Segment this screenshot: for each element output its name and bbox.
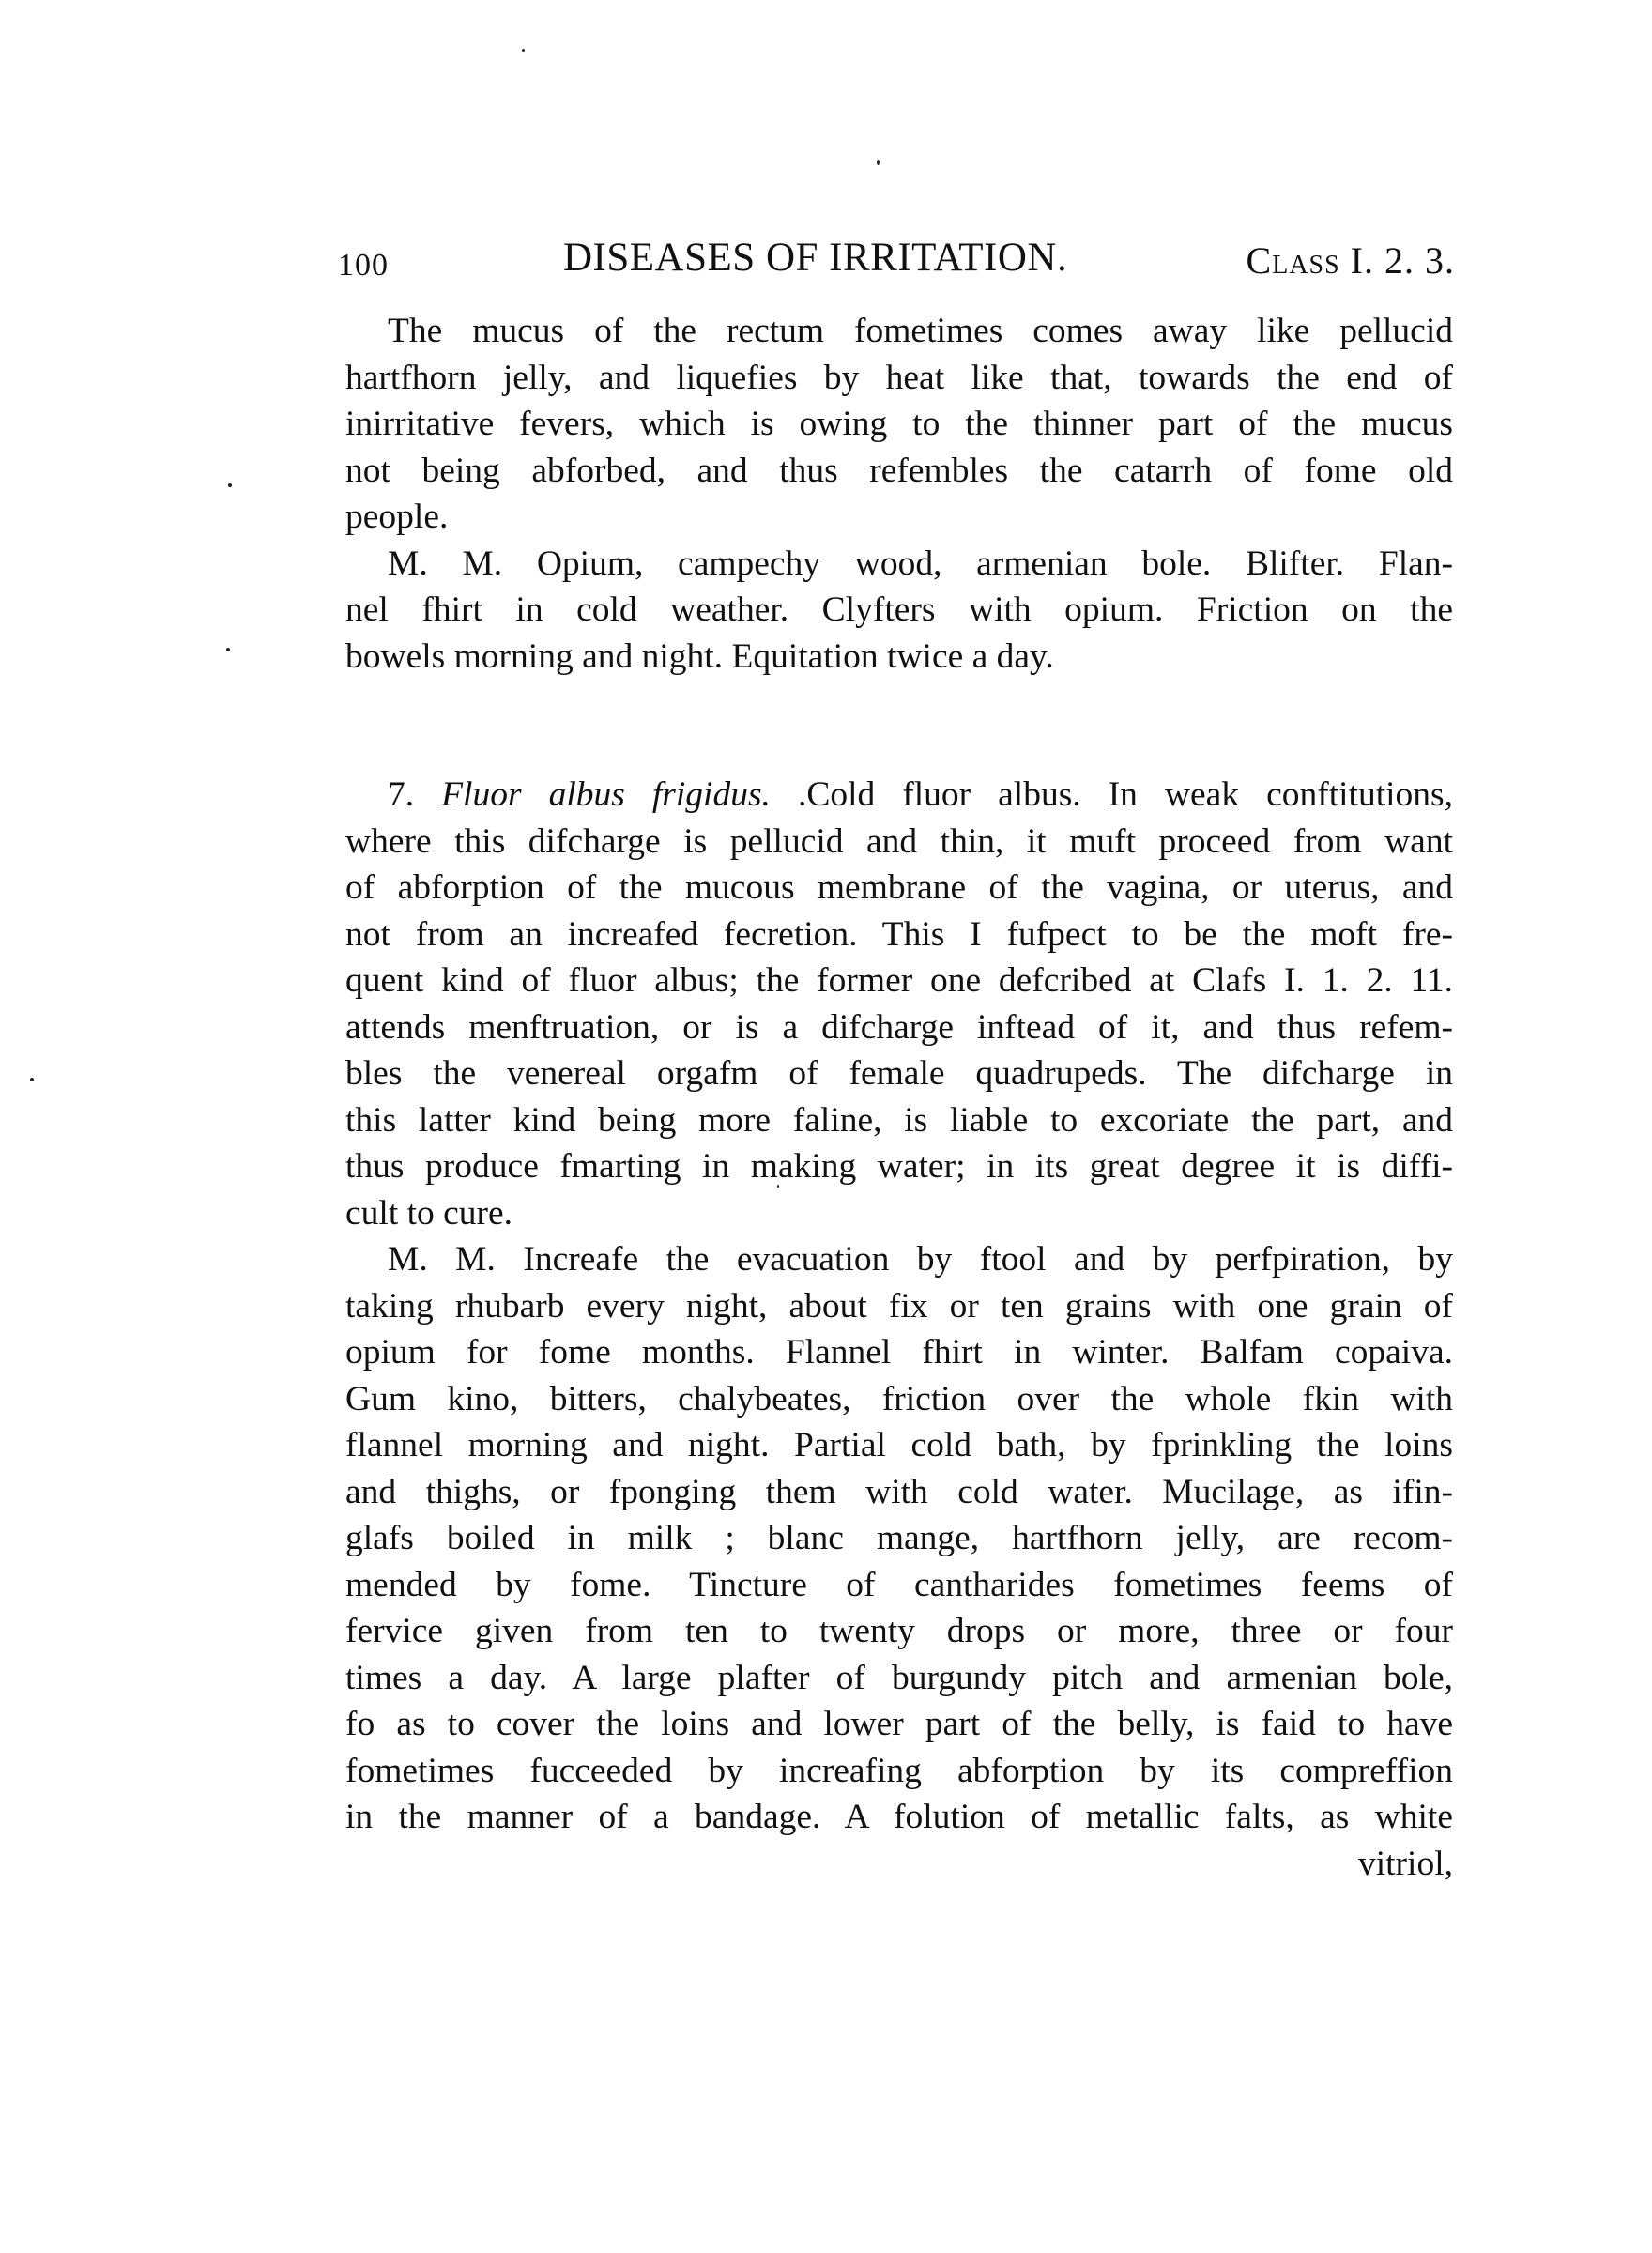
scan-speck <box>30 1078 34 1081</box>
text-line: quent kind of fluor albus; the former on… <box>345 958 1453 1004</box>
text-line: taking rhubarb every night, about fix or… <box>345 1283 1453 1330</box>
text-line: fometimes fucceeded by increafing abforp… <box>345 1748 1453 1795</box>
text-line: Gum kino, bitters, chalybeates, friction… <box>345 1376 1453 1423</box>
text-line: hartfhorn jelly, and liquefies by heat l… <box>345 355 1453 402</box>
catchword: vitriol, <box>345 1841 1453 1888</box>
text-line: thus produce fmarting in making water; i… <box>345 1143 1453 1190</box>
scan-speck <box>228 483 232 487</box>
text-line: 7. Fluor albus frigidus. .Cold fluor alb… <box>345 772 1453 819</box>
text-line: opium for fome months. Flannel fhirt in … <box>345 1329 1453 1376</box>
text-line: cult to cure. <box>345 1190 1453 1237</box>
scan-speck <box>226 648 230 651</box>
text-line: people. <box>345 494 1453 541</box>
text-line: bowels morning and night. Equitation twi… <box>345 634 1453 681</box>
text-line: mended by fome. Tincture of cantharides … <box>345 1562 1453 1609</box>
text-line: where this difcharge is pellucid and thi… <box>345 819 1453 866</box>
paragraph: 7. Fluor albus frigidus. .Cold fluor alb… <box>345 772 1453 1236</box>
text-line: flannel morning and night. Partial cold … <box>345 1422 1453 1469</box>
text-line: attends menftruation, or is a difcharge … <box>345 1004 1453 1051</box>
text-line: not being abforbed, and thus refembles t… <box>345 448 1453 495</box>
page-number: 100 <box>338 248 389 284</box>
text-line: times a day. A large plafter of burgundy… <box>345 1655 1453 1702</box>
running-header: 100 DISEASES OF IRRITATION. Class I. 2. … <box>338 235 1455 291</box>
text-line: glafs boiled in milk ; blanc mange, hart… <box>345 1515 1453 1562</box>
paragraph: The mucus of the rectum fometimes comes … <box>345 308 1453 541</box>
text-line: not from an increafed fecretion. This I … <box>345 912 1453 958</box>
text-line: bles the venereal orgafm of female quadr… <box>345 1050 1453 1097</box>
text-line: nel fhirt in cold weather. Clyfters with… <box>345 587 1453 634</box>
section-latin-title: Fluor albus frigidus. <box>441 775 771 814</box>
materia-medica-paragraph: M. M. Increafe the evacuation by ftool a… <box>345 1236 1453 1841</box>
text-fragment: .Cold fluor albus. In weak conftitutions… <box>798 775 1453 814</box>
text-line: and thighs, or fponging them with cold w… <box>345 1469 1453 1516</box>
section-number: 7. <box>388 775 414 814</box>
text-line: M. M. Opium, campechy wood, armenian bol… <box>345 541 1453 588</box>
section-reference: Class I. 2. 3. <box>1247 238 1455 283</box>
text-line: The mucus of the rectum fometimes comes … <box>345 308 1453 355</box>
section-7-fluor-albus-frigidus: 7. Fluor albus frigidus. .Cold fluor alb… <box>345 772 1453 1887</box>
scan-speck <box>522 49 525 52</box>
running-title: DISEASES OF IRRITATION. <box>563 235 1067 281</box>
text-line: fervice given from ten to twenty drops o… <box>345 1608 1453 1655</box>
text-line: M. M. Increafe the evacuation by ftool a… <box>345 1236 1453 1283</box>
book-page: 100 DISEASES OF IRRITATION. Class I. 2. … <box>0 0 1652 2253</box>
materia-medica-paragraph: M. M. Opium, campechy wood, armenian bol… <box>345 541 1453 681</box>
text-line: this latter kind being more faline, is l… <box>345 1097 1453 1144</box>
section-6-continuation: The mucus of the rectum fometimes comes … <box>345 308 1453 680</box>
scan-speck <box>877 160 880 165</box>
text-line: fo as to cover the loins and lower part … <box>345 1701 1453 1748</box>
text-line: inirritative fevers, which is owing to t… <box>345 401 1453 448</box>
text-line: of abforption of the mucous membrane of … <box>345 865 1453 912</box>
text-line: in the manner of a bandage. A folution o… <box>345 1794 1453 1841</box>
